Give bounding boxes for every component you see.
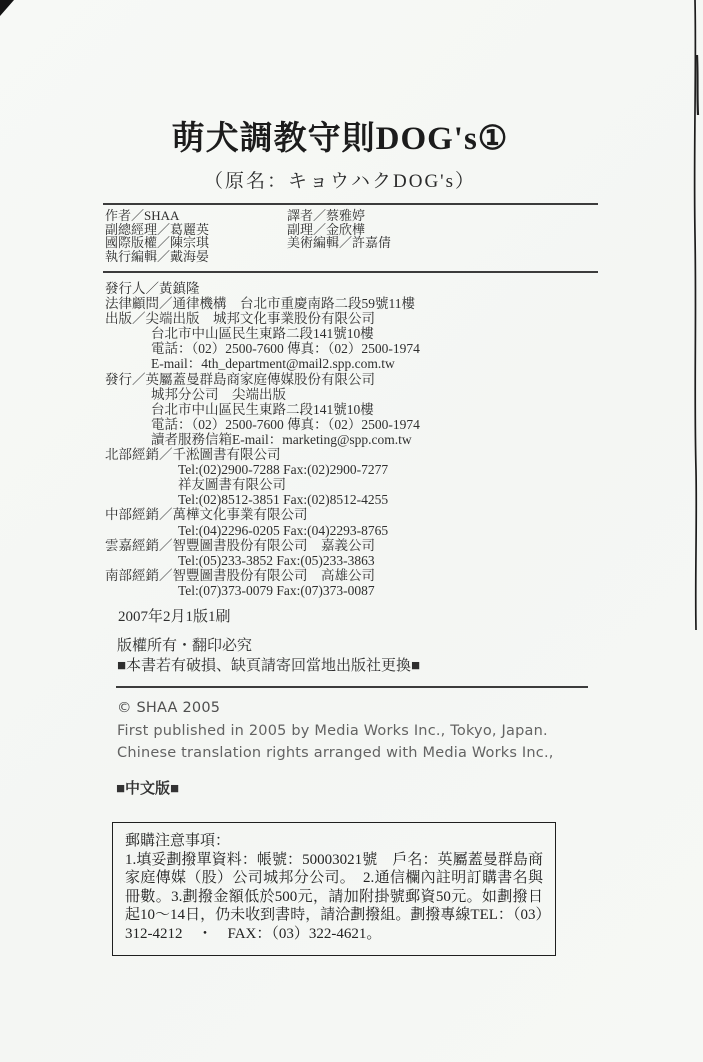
publishing-line: 祥友圖書有限公司 [105, 477, 665, 492]
copyright-block: © SHAA 2005 First published in 2005 by M… [117, 697, 554, 765]
publishing-line: 中部經銷／萬樺文化事業有限公司 [105, 507, 665, 522]
publishing-line: 發行／英屬蓋曼群島商家庭傳媒股份有限公司 [105, 372, 665, 387]
title-block: 萌犬調教守則DOG's① （原名：キョウハクDOG's） [95, 112, 585, 193]
credit-entry: 副總經理／葛麗英 [105, 223, 287, 237]
publishing-line: 讀者服務信箱E-mail：marketing@spp.com.tw [105, 432, 665, 447]
divider-top [103, 203, 598, 205]
divider-rights-bottom [116, 686, 588, 688]
book-title: 萌犬調教守則DOG's① [95, 112, 585, 159]
copyright-line: Chinese translation rights arranged with… [117, 742, 554, 765]
publishing-line: Tel:(07)373-0079 Fax:(07)373-0087 [105, 583, 665, 598]
credit-entry: 作者／SHAA [105, 209, 287, 223]
publishing-line: 南部經銷／智豐圖書股份有限公司 高雄公司 [105, 568, 665, 583]
publishing-info-block: 發行人／黃鎮隆法律顧問／通律機構 台北市重慶南路二段59號11樓出版／尖端出版 … [105, 281, 665, 598]
scan-corner-artifact [0, 0, 14, 16]
rights-reserved-line: 版權所有・翻印必究 [117, 637, 420, 657]
credit-entry: 美術編輯／許嘉倩 [287, 236, 598, 250]
publishing-line: 雲嘉經銷／智豐圖書股份有限公司 嘉義公司 [105, 538, 665, 553]
credit-entry: 執行編輯／戴海晏 [105, 250, 287, 264]
publishing-line: 北部經銷／千淞圖書有限公司 [105, 447, 665, 462]
copyright-line: © SHAA 2005 [117, 697, 554, 720]
divider-credits-bottom [103, 271, 598, 273]
publishing-line: 發行人／黃鎮隆 [105, 281, 665, 296]
chinese-edition-label: ■中文版■ [116, 777, 179, 798]
publishing-line: 城邦分公司 尖端出版 [105, 387, 665, 402]
copyright-line: First published in 2005 by Media Works I… [117, 720, 554, 743]
publishing-line: Tel:(02)2900-7288 Fax:(02)2900-7277 [105, 462, 665, 477]
publishing-line: 出版／尖端出版 城邦文化事業股份有限公司 [105, 311, 665, 326]
mail-order-notice-box: 郵購注意事項： 1.填妥劃撥單資料：帳號：50003021號 戶名：英屬蓋曼群島… [112, 822, 556, 956]
publishing-line: 法律顧問／通律機構 台北市重慶南路二段59號11樓 [105, 296, 665, 311]
page-edge-scan-line [689, 0, 703, 640]
printing-date: 2007年2月1版1刷 [118, 605, 231, 626]
publishing-line: 台北市中山區民生東路二段141號10樓 [105, 326, 665, 341]
damage-replacement-line: ■本書若有破損、缺頁請寄回當地出版社更換■ [117, 657, 420, 677]
publishing-line: Tel:(04)2296-0205 Fax:(04)2293-8765 [105, 523, 665, 538]
credits-block: 作者／SHAA副總經理／葛麗英國際版權／陳宗琪執行編輯／戴海晏 譯者／蔡雅婷副理… [105, 209, 598, 263]
rights-notice-block: 版權所有・翻印必究 ■本書若有破損、缺頁請寄回當地出版社更換■ [117, 637, 420, 676]
publishing-line: 電話：（02）2500-7600 傳真：（02）2500-1974 [105, 341, 665, 356]
credit-entry: 副理／金欣樺 [287, 223, 598, 237]
publishing-line: Tel:(02)8512-3851 Fax:(02)8512-4255 [105, 492, 665, 507]
credits-right-column: 譯者／蔡雅婷副理／金欣樺美術編輯／許嘉倩 [287, 209, 598, 263]
book-original-title: （原名：キョウハクDOG's） [95, 166, 585, 193]
publishing-line: 台北市中山區民生東路二段141號10樓 [105, 402, 665, 417]
credit-entry: 國際版權／陳宗琪 [105, 236, 287, 250]
credits-left-column: 作者／SHAA副總經理／葛麗英國際版權／陳宗琪執行編輯／戴海晏 [105, 209, 287, 263]
colophon-page: 萌犬調教守則DOG's① （原名：キョウハクDOG's） 作者／SHAA副總經理… [0, 0, 703, 1062]
publishing-line: E-mail：4th_department@mail2.spp.com.tw [105, 356, 665, 371]
credit-entry: 譯者／蔡雅婷 [287, 209, 598, 223]
publishing-line: 電話：（02）2500-7600 傳真：（02）2500-1974 [105, 417, 665, 432]
mail-order-body: 1.填妥劃撥單資料：帳號：50003021號 戶名：英屬蓋曼群島商家庭傳媒（股）… [125, 851, 543, 944]
publishing-line: Tel:(05)233-3852 Fax:(05)233-3863 [105, 553, 665, 568]
mail-order-title: 郵購注意事項： [125, 832, 543, 851]
